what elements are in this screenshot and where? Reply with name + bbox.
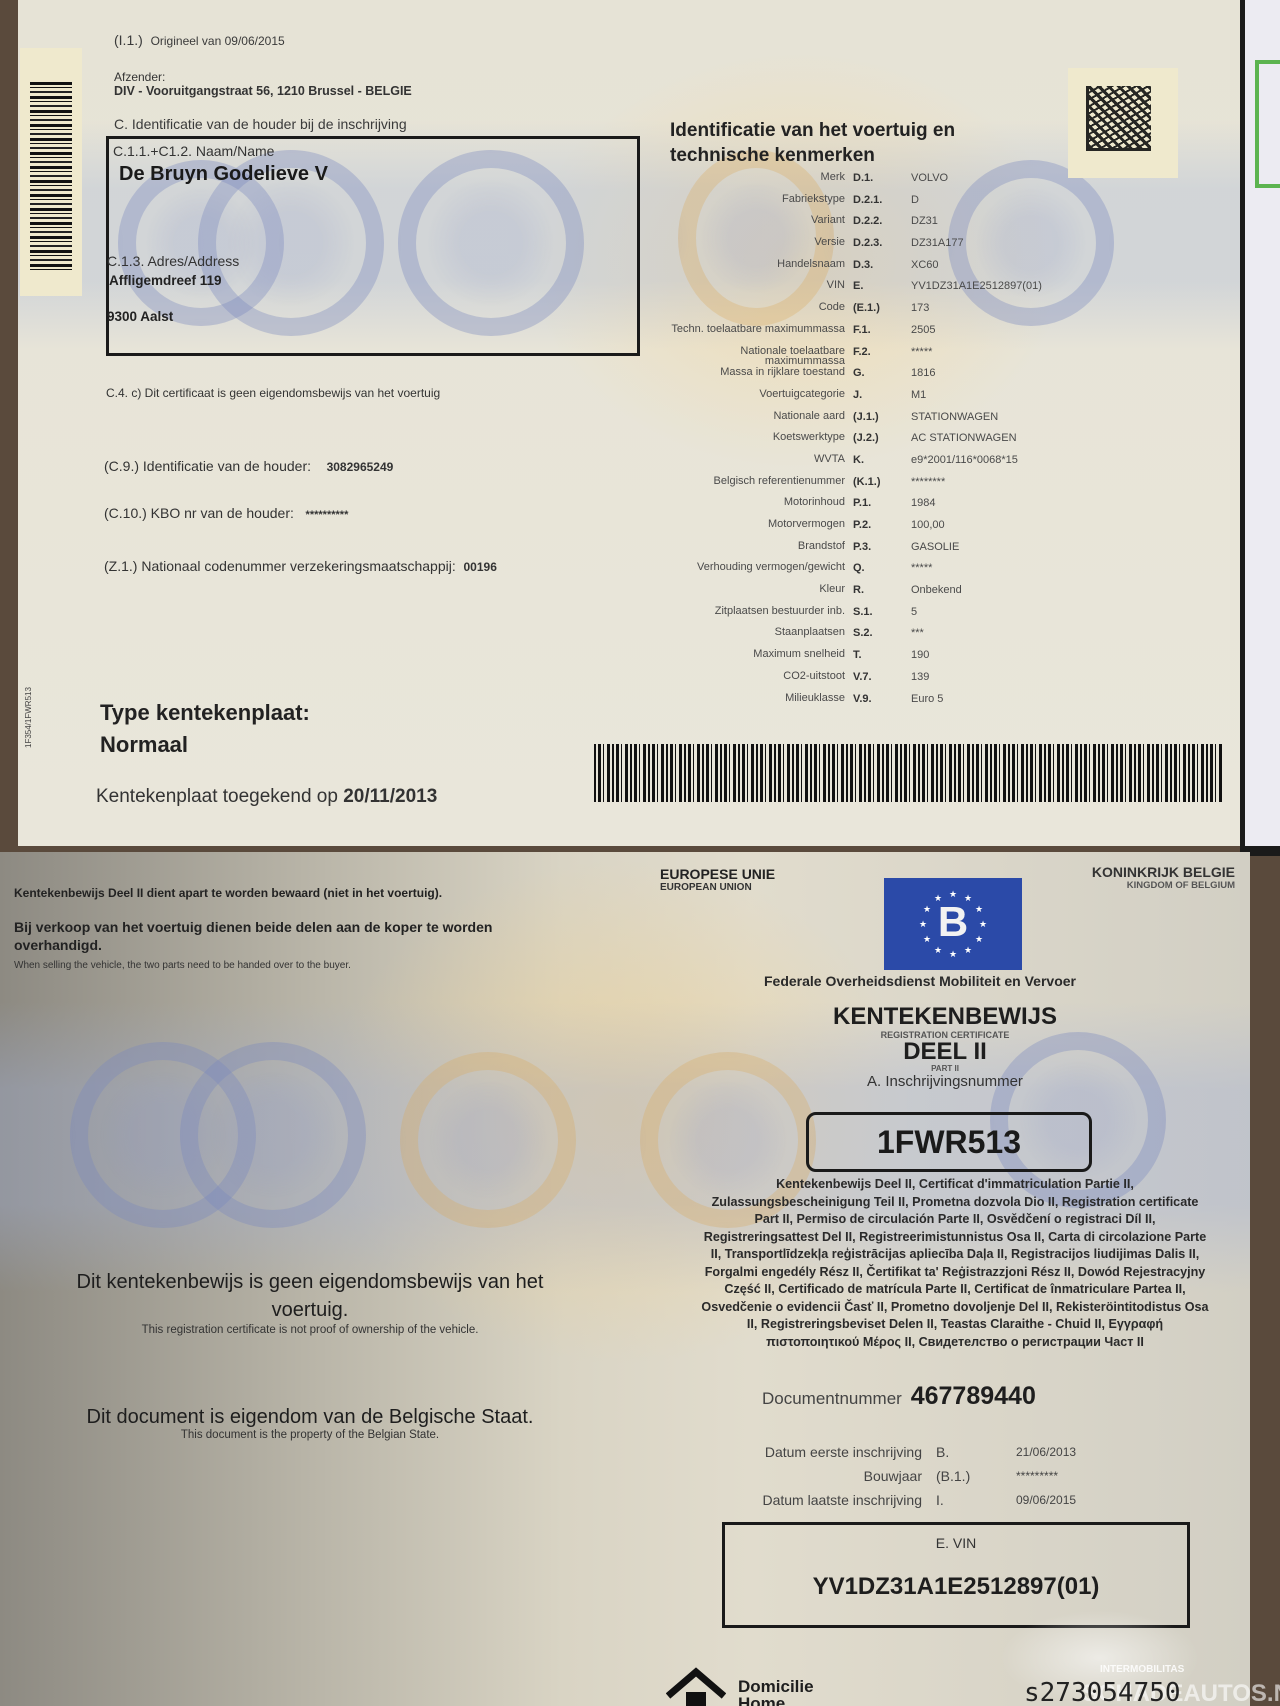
date-row: Datum laatste inschrijvingI.09/06/2015 bbox=[710, 1488, 1110, 1512]
ownership-notice-block: Dit kentekenbewijs is geen eigendomsbewi… bbox=[40, 1268, 580, 1336]
spec-value: e9*2001/116*0068*15 bbox=[911, 454, 1110, 466]
spec-row: CO2-uitstootV.7.139 bbox=[660, 671, 1110, 693]
spec-value: *** bbox=[911, 627, 1110, 639]
date-value: 21/06/2013 bbox=[1016, 1445, 1076, 1459]
kingdom-label-en: KINGDOM OF BELGIUM bbox=[1030, 880, 1235, 891]
spec-row: Zitplaatsen bestuurder inb.S.1.5 bbox=[660, 606, 1110, 628]
spec-label: Belgisch referentienummer bbox=[660, 476, 853, 487]
spec-label: Code bbox=[660, 302, 853, 313]
spec-label: Versie bbox=[660, 237, 853, 248]
spec-value: 1816 bbox=[911, 367, 1110, 379]
spec-row: Maximum snelheidT.190 bbox=[660, 649, 1110, 671]
document-number: Documentnummer 467789440 bbox=[762, 1382, 1036, 1411]
spec-label: Nationale aard bbox=[660, 411, 853, 422]
address-label: C.1.3. Adres/Address bbox=[107, 253, 239, 269]
date-code: (B.1.) bbox=[936, 1468, 1016, 1484]
qr-sticker bbox=[1068, 68, 1178, 178]
spec-row: BrandstofP.3.GASOLIE bbox=[660, 541, 1110, 563]
spec-code: D.1. bbox=[853, 172, 911, 184]
spec-code: (J.1.) bbox=[853, 411, 911, 423]
home-label: Domicilie Home bbox=[738, 1678, 814, 1706]
spec-value: 139 bbox=[911, 671, 1110, 683]
spec-row: VINE.YV1DZ31A1E2512897(01) bbox=[660, 280, 1110, 302]
star-icon: ★ bbox=[979, 920, 987, 929]
spec-code: Q. bbox=[853, 562, 911, 574]
spec-label: Merk bbox=[660, 172, 853, 183]
spec-label: Milieuklasse bbox=[660, 693, 853, 704]
spec-value: ***** bbox=[911, 562, 1110, 574]
eu-label-en: EUROPEAN UNION bbox=[660, 882, 752, 893]
vehicle-section-title: Identificatie van het voertuig en techni… bbox=[670, 118, 955, 168]
barcode-icon bbox=[30, 82, 72, 272]
spec-row: WVTAK.e9*2001/116*0068*15 bbox=[660, 454, 1110, 476]
spec-value: VOLVO bbox=[911, 172, 1110, 184]
spec-label: Variant bbox=[660, 215, 853, 226]
c4-notice: C.4. c) Dit certificaat is geen eigendom… bbox=[106, 386, 440, 400]
home-icon bbox=[666, 1666, 726, 1706]
spec-row: VoertuigcategorieJ.M1 bbox=[660, 389, 1110, 411]
star-icon: ★ bbox=[934, 946, 942, 955]
vertical-code: 1F354/1FWR513 bbox=[24, 687, 33, 748]
reg-number-label: A. Inschrijvingsnummer bbox=[760, 1073, 1130, 1090]
star-icon: ★ bbox=[923, 935, 931, 944]
spec-code: F.2. bbox=[853, 346, 911, 358]
spec-row: Massa in rijklare toestandG.1816 bbox=[660, 367, 1110, 389]
z1-insurer-code: (Z.1.) Nationaal codenummer verzekerings… bbox=[104, 558, 497, 574]
serial-number: s273054750 bbox=[1024, 1678, 1181, 1706]
spec-value: AC STATIONWAGEN bbox=[911, 432, 1110, 444]
spec-label: Zitplaatsen bestuurder inb. bbox=[660, 606, 853, 617]
spec-row: Techn. toelaatbare maximummassaF.1.2505 bbox=[660, 324, 1110, 346]
datamatrix-code-icon bbox=[1086, 86, 1151, 151]
spec-code: G. bbox=[853, 367, 911, 379]
spec-row: Belgisch referentienummer(K.1.)******** bbox=[660, 476, 1110, 498]
star-icon: ★ bbox=[964, 894, 972, 903]
green-frame bbox=[1255, 60, 1280, 188]
spec-value: Onbekend bbox=[911, 584, 1110, 596]
registration-number: 1FWR513 bbox=[806, 1112, 1092, 1172]
spec-value: ******** bbox=[911, 476, 1110, 488]
state-notice: Dit document is eigendom van de Belgisch… bbox=[10, 1406, 610, 1429]
ownership-notice-en: This registration certificate is not pro… bbox=[40, 1324, 580, 1336]
barcode-sticker bbox=[20, 48, 82, 296]
registration-dates: Datum eerste inschrijvingB.21/06/2013Bou… bbox=[710, 1440, 1110, 1512]
spec-row: KleurR.Onbekend bbox=[660, 584, 1110, 606]
spec-label: Motorvermogen bbox=[660, 519, 853, 530]
date-row: Bouwjaar(B.1.)********* bbox=[710, 1464, 1110, 1488]
date-label: Bouwjaar bbox=[710, 1468, 936, 1484]
spec-value: 190 bbox=[911, 649, 1110, 661]
spec-row: Koetswerktype(J.2.)AC STATIONWAGEN bbox=[660, 432, 1110, 454]
spec-value: 100,00 bbox=[911, 519, 1110, 531]
spec-value: 173 bbox=[911, 302, 1110, 314]
spec-value: XC60 bbox=[911, 259, 1110, 271]
spec-code: P.3. bbox=[853, 541, 911, 553]
spec-label: Motorinhoud bbox=[660, 497, 853, 508]
spec-code: (J.2.) bbox=[853, 432, 911, 444]
spec-label: Techn. toelaatbare maximummassa bbox=[660, 324, 853, 334]
spec-row: MotorinhoudP.1.1984 bbox=[660, 497, 1110, 519]
spec-value: ***** bbox=[911, 346, 1110, 358]
vin-label: E. VIN bbox=[725, 1535, 1187, 1551]
eu-label: EUROPESE UNIE bbox=[660, 866, 775, 882]
watermark-brand: INTERMOBILITAS bbox=[1100, 1664, 1184, 1675]
sale-notice: Bij verkoop van het voertuig dienen beid… bbox=[14, 918, 574, 954]
date-label: Datum eerste inschrijving bbox=[710, 1444, 936, 1460]
name-label: C.1.1.+C1.2. Naam/Name bbox=[113, 143, 274, 159]
date-label: Datum laatste inschrijving bbox=[710, 1492, 936, 1508]
spec-label: Koetswerktype bbox=[660, 432, 853, 443]
sender-address: DIV - Vooruitgangstraat 56, 1210 Brussel… bbox=[114, 84, 412, 98]
multilingual-title: Kentekenbewijs Deel II, Certificat d'imm… bbox=[700, 1176, 1210, 1351]
star-icon: ★ bbox=[923, 905, 931, 914]
eu-flag-icon: B ★★★★★★★★★★★★ bbox=[884, 878, 1022, 970]
spec-label: WVTA bbox=[660, 454, 853, 465]
spec-label: Handelsnaam bbox=[660, 259, 853, 270]
spec-code: T. bbox=[853, 649, 911, 661]
vin-value: YV1DZ31A1E2512897(01) bbox=[725, 1573, 1187, 1601]
spec-code: P.2. bbox=[853, 519, 911, 531]
part-title: DEEL II bbox=[760, 1040, 1130, 1064]
holder-box: C.1.1.+C1.2. Naam/Name De Bruyn Godeliev… bbox=[106, 136, 640, 356]
adjacent-paper bbox=[1240, 0, 1280, 846]
c9-holder-id: (C.9.) Identificatie van de houder: 3082… bbox=[104, 458, 393, 474]
ownership-notice: Dit kentekenbewijs is geen eigendomsbewi… bbox=[40, 1268, 580, 1324]
spec-label: VIN bbox=[660, 280, 853, 291]
original-date: (I.1.) Origineel van 09/06/2015 bbox=[114, 32, 285, 48]
spec-code: E. bbox=[853, 280, 911, 292]
spec-code: P.1. bbox=[853, 497, 911, 509]
holder-name: De Bruyn Godelieve V bbox=[119, 163, 328, 186]
star-icon: ★ bbox=[975, 905, 983, 914]
spec-row: Nationale aard(J.1.)STATIONWAGEN bbox=[660, 411, 1110, 433]
spec-value: GASOLIE bbox=[911, 541, 1110, 553]
spec-value: 1984 bbox=[911, 497, 1110, 509]
star-icon: ★ bbox=[934, 894, 942, 903]
star-icon: ★ bbox=[975, 935, 983, 944]
spec-code: D.2.3. bbox=[853, 237, 911, 249]
spec-row: MerkD.1.VOLVO bbox=[660, 172, 1110, 194]
spec-label: Staanplaatsen bbox=[660, 627, 853, 638]
spec-code: S.1. bbox=[853, 606, 911, 618]
date-row: Datum eerste inschrijvingB.21/06/2013 bbox=[710, 1440, 1110, 1464]
spec-row: MilieuklasseV.9.Euro 5 bbox=[660, 693, 1110, 715]
spec-value: YV1DZ31A1E2512897(01) bbox=[911, 280, 1110, 292]
storage-notice: Kentekenbewijs Deel II dient apart te wo… bbox=[14, 886, 442, 900]
spec-code: D.3. bbox=[853, 259, 911, 271]
address-street: Affligemdreef 119 bbox=[109, 273, 222, 288]
spec-row: Code(E.1.)173 bbox=[660, 302, 1110, 324]
spec-row: Nationale toelaatbare maximummassaF.2.**… bbox=[660, 346, 1110, 368]
state-notice-en: This document is the property of the Bel… bbox=[10, 1429, 610, 1441]
spec-value: 2505 bbox=[911, 324, 1110, 336]
holder-section-title: C. Identificatie van de houder bij de in… bbox=[114, 116, 407, 132]
spec-row: HandelsnaamD.3.XC60 bbox=[660, 259, 1110, 281]
spec-value: STATIONWAGEN bbox=[911, 411, 1110, 423]
spec-code: S.2. bbox=[853, 627, 911, 639]
spec-row: StaanplaatsenS.2.*** bbox=[660, 627, 1110, 649]
spec-row: FabriekstypeD.2.1.D bbox=[660, 194, 1110, 216]
kingdom-label: KONINKRIJK BELGIE bbox=[1030, 864, 1235, 880]
part-title-en: PART II bbox=[760, 1064, 1130, 1073]
spec-row: VariantD.2.2.DZ31 bbox=[660, 215, 1110, 237]
vehicle-specs-table: MerkD.1.VOLVOFabriekstypeD.2.1.DVariantD… bbox=[660, 172, 1110, 714]
spec-code: V.9. bbox=[853, 693, 911, 705]
sale-notice-en: When selling the vehicle, the two parts … bbox=[14, 960, 351, 971]
plate-type-label: Type kentekenplaat: bbox=[100, 700, 310, 726]
spec-label: Verhouding vermogen/gewicht bbox=[660, 562, 853, 573]
spec-code: K. bbox=[853, 454, 911, 466]
document-title-block: KENTEKENBEWIJS REGISTRATION CERTIFICATE … bbox=[760, 1004, 1130, 1090]
spec-row: VersieD.2.3.DZ31A177 bbox=[660, 237, 1110, 259]
authority-name: Federale Overheidsdienst Mobiliteit en V… bbox=[764, 973, 1076, 989]
spec-code: R. bbox=[853, 584, 911, 596]
spec-code: D.2.1. bbox=[853, 194, 911, 206]
spec-code: (E.1.) bbox=[853, 302, 911, 314]
date-value: ********* bbox=[1016, 1469, 1058, 1483]
star-icon: ★ bbox=[964, 946, 972, 955]
date-code: I. bbox=[936, 1492, 1016, 1508]
spec-value: DZ31A177 bbox=[911, 237, 1110, 249]
spec-label: Fabriekstype bbox=[660, 194, 853, 205]
spec-value: M1 bbox=[911, 389, 1110, 401]
wheel-watermark bbox=[180, 1042, 366, 1228]
star-icon: ★ bbox=[919, 920, 927, 929]
spec-code: J. bbox=[853, 389, 911, 401]
spec-code: (K.1.) bbox=[853, 476, 911, 488]
spec-code: V.7. bbox=[853, 671, 911, 683]
spec-label: Massa in rijklare toestand bbox=[660, 367, 853, 378]
barcode-icon bbox=[594, 744, 1224, 802]
spec-value: Euro 5 bbox=[911, 693, 1110, 705]
spec-label: Voertuigcategorie bbox=[660, 389, 853, 400]
c10-kbo: (C.10.) KBO nr van de houder: ********** bbox=[104, 505, 348, 521]
plate-assigned: Kentekenplaat toegekend op 20/11/2013 bbox=[96, 786, 437, 808]
spec-label: Brandstof bbox=[660, 541, 853, 552]
plate-type-value: Normaal bbox=[100, 732, 188, 758]
spec-value: DZ31 bbox=[911, 215, 1110, 227]
spec-row: MotorvermogenP.2.100,00 bbox=[660, 519, 1110, 541]
date-code: B. bbox=[936, 1444, 1016, 1460]
spec-row: Verhouding vermogen/gewichtQ.***** bbox=[660, 562, 1110, 584]
document-title: KENTEKENBEWIJS bbox=[760, 1004, 1130, 1030]
sender-label: Afzender: bbox=[114, 70, 165, 84]
spec-code: F.1. bbox=[853, 324, 911, 336]
wheel-watermark bbox=[400, 1052, 576, 1228]
spec-value: 5 bbox=[911, 606, 1110, 618]
spec-label: CO2-uitstoot bbox=[660, 671, 853, 682]
spec-label: Kleur bbox=[660, 584, 853, 595]
state-notice-block: Dit document is eigendom van de Belgisch… bbox=[10, 1406, 610, 1441]
spec-label: Nationale toelaatbare maximummassa bbox=[660, 346, 853, 366]
spec-code: D.2.2. bbox=[853, 215, 911, 227]
star-icon: ★ bbox=[949, 890, 957, 899]
star-icon: ★ bbox=[949, 950, 957, 959]
spec-value: D bbox=[911, 194, 1110, 206]
spec-label: Maximum snelheid bbox=[660, 649, 853, 660]
date-value: 09/06/2015 bbox=[1016, 1493, 1076, 1507]
address-city: 9300 Aalst bbox=[107, 309, 173, 324]
